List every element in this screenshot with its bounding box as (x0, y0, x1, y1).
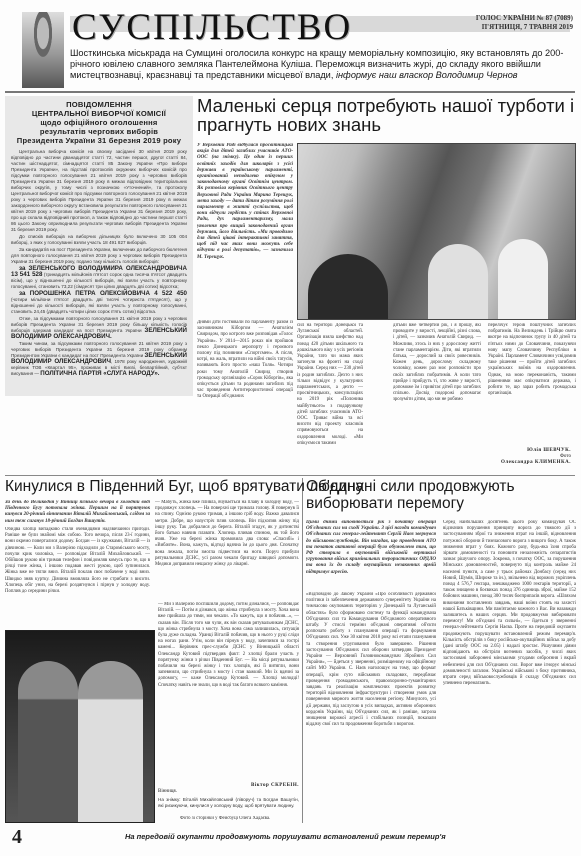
photo-figure (428, 244, 488, 319)
newspaper-page: СУСПІЛЬСТВО ГОЛОС УКРАЇНИ № 87 (7089) П'… (0, 0, 581, 856)
rescue-intro: За день до Великодня у Вінниці пізнього … (5, 500, 150, 526)
rescuers-photo (5, 630, 155, 823)
photo-figure (18, 661, 78, 823)
cec-candidate-1: за ЗЕЛЕНСЬКОГО ВОЛОДИМИРА ОЛЕКСАНДРОВИЧА… (11, 266, 187, 290)
photo-figure (498, 239, 548, 319)
forces-column-2: Серед найбільших досягнень цього року ко… (443, 520, 576, 820)
lead-byline: інформує наш власкор Володимир Чернов (336, 70, 518, 80)
kids-column-4: дітьми вже четвертий рік, і я прошу, які… (393, 323, 481, 470)
candidate-2-name: за ПОРОШЕНКА ПЕТРА ОЛЕКСІЙОВИЧА 4 522 45… (19, 290, 187, 297)
portrait-photo-kulish (22, 12, 64, 88)
rescue-place: Вінниця. (158, 789, 299, 795)
kids-parliament-photo (297, 143, 576, 320)
cec-title-4: результатів чергових виборів (11, 127, 187, 136)
cec-paragraph: Таким чином, за підсумками повторного го… (11, 341, 187, 377)
cec-paragraph: До списків виборців на виборчих дільниця… (11, 234, 187, 246)
kids-column-5: перелічує героїв поштучних загиблих побр… (488, 323, 576, 445)
cec-candidate-2: за ПОРОШЕНКА ПЕТРА ОЛЕКСІЙОВИЧА 4 522 45… (11, 291, 187, 315)
running-headline: На передовій окупанти продовжують порушу… (125, 832, 446, 841)
header-rule (5, 91, 575, 93)
lead-paragraph: Шосткинська міськрада на Сумщині оголоси… (70, 48, 575, 81)
cec-announcement: ПОВІДОМЛЕННЯ ЦЕНТРАЛЬНОЇ ВИБОРЧОЇ КОМІСІ… (5, 96, 193, 396)
forces-article-headline: Об'єднані сили продовжують виборювати пе… (306, 478, 576, 512)
page-number: 4 (12, 826, 22, 849)
rescue-author: Віктор СКРЕБІН. (251, 783, 299, 788)
forces-intro: Цими днями виповнюється рік з початку оп… (306, 520, 436, 590)
rescue-column-2: — Мабуть, жінка вже пливла, вчувається н… (155, 500, 299, 600)
kids-article-headline: Маленькі серця потребують нашої турботи … (197, 96, 577, 134)
rescue-photo-caption: На знімку: Віталій Михайловський (лівору… (158, 797, 299, 816)
cec-title-3: щодо офіційного оголошення (11, 118, 187, 127)
photo-figure (308, 254, 388, 319)
kids-column-3: сил на території Донецької та Луганської… (297, 323, 363, 470)
rescue-article-headline: Кинулися в Південний Буг, щоб врятувати … (5, 478, 300, 496)
photo-figure (78, 661, 143, 823)
cec-paragraph: За кандидатів на пост Президента України… (11, 247, 187, 265)
cec-p5-party: ПОЛІТИЧНА ПАРТІЯ «СЛУГА НАРОДУ». (40, 370, 159, 377)
issue-number: ГОЛОС УКРАЇНИ № 87 (7089) (476, 14, 573, 23)
candidate-2-text: (чотири мільйони п'ятсот двадцять дві ти… (11, 297, 187, 314)
rescue-column-3: — Ми з Валерією поспішили додому, потім … (158, 602, 299, 782)
issue-date: П'ЯТНИЦЯ, 7 ТРАВНЯ 2019 (476, 23, 573, 32)
cec-title-5: Президента України 31 березня 2019 року (11, 136, 187, 145)
rescue-column-1: Обидва хлопці випадково стали очевидцями… (5, 527, 150, 627)
section-title: СУСПІЛЬСТВО (72, 6, 352, 49)
rescue-photo-credit: Фото зі сторінки у Фейсбуці Олега Хадаєв… (180, 816, 300, 823)
kids-column-2: Днями діти гостювали по парламенту разом… (197, 320, 293, 470)
kids-photographer: Олександра КЛИМЕНКА. (501, 460, 571, 465)
cec-title-1: ПОВІДОМЛЕННЯ (11, 100, 187, 109)
cec-title-2: ЦЕНТРАЛЬНОЇ ВИБОРЧОЇ КОМІСІЇ (11, 109, 187, 118)
kids-intro: У Верховній Раді відбулася просвітницька… (197, 143, 293, 318)
masthead: СУСПІЛЬСТВО ГОЛОС УКРАЇНИ № 87 (7089) П'… (0, 0, 581, 92)
cec-paragraph: Отже, за підсумками повторного голосуван… (11, 316, 187, 340)
forces-column-1: «Відповідно до Закону України «Про особл… (306, 592, 436, 822)
issue-info: ГОЛОС УКРАЇНИ № 87 (7089) П'ЯТНИЦЯ, 7 ТР… (476, 14, 573, 32)
section-divider (5, 475, 575, 476)
cec-paragraph: Центральна виборча комісія на своєму зас… (11, 149, 187, 233)
rescue-signature: Віктор СКРЕБІН. Вінниця. (158, 783, 299, 795)
kids-author: Юлія ШЕВЧУК. (527, 448, 571, 453)
kids-signature: Юлія ШЕВЧУК. Фото Олександра КЛИМЕНКА. (501, 448, 571, 466)
column-divider (302, 478, 303, 823)
